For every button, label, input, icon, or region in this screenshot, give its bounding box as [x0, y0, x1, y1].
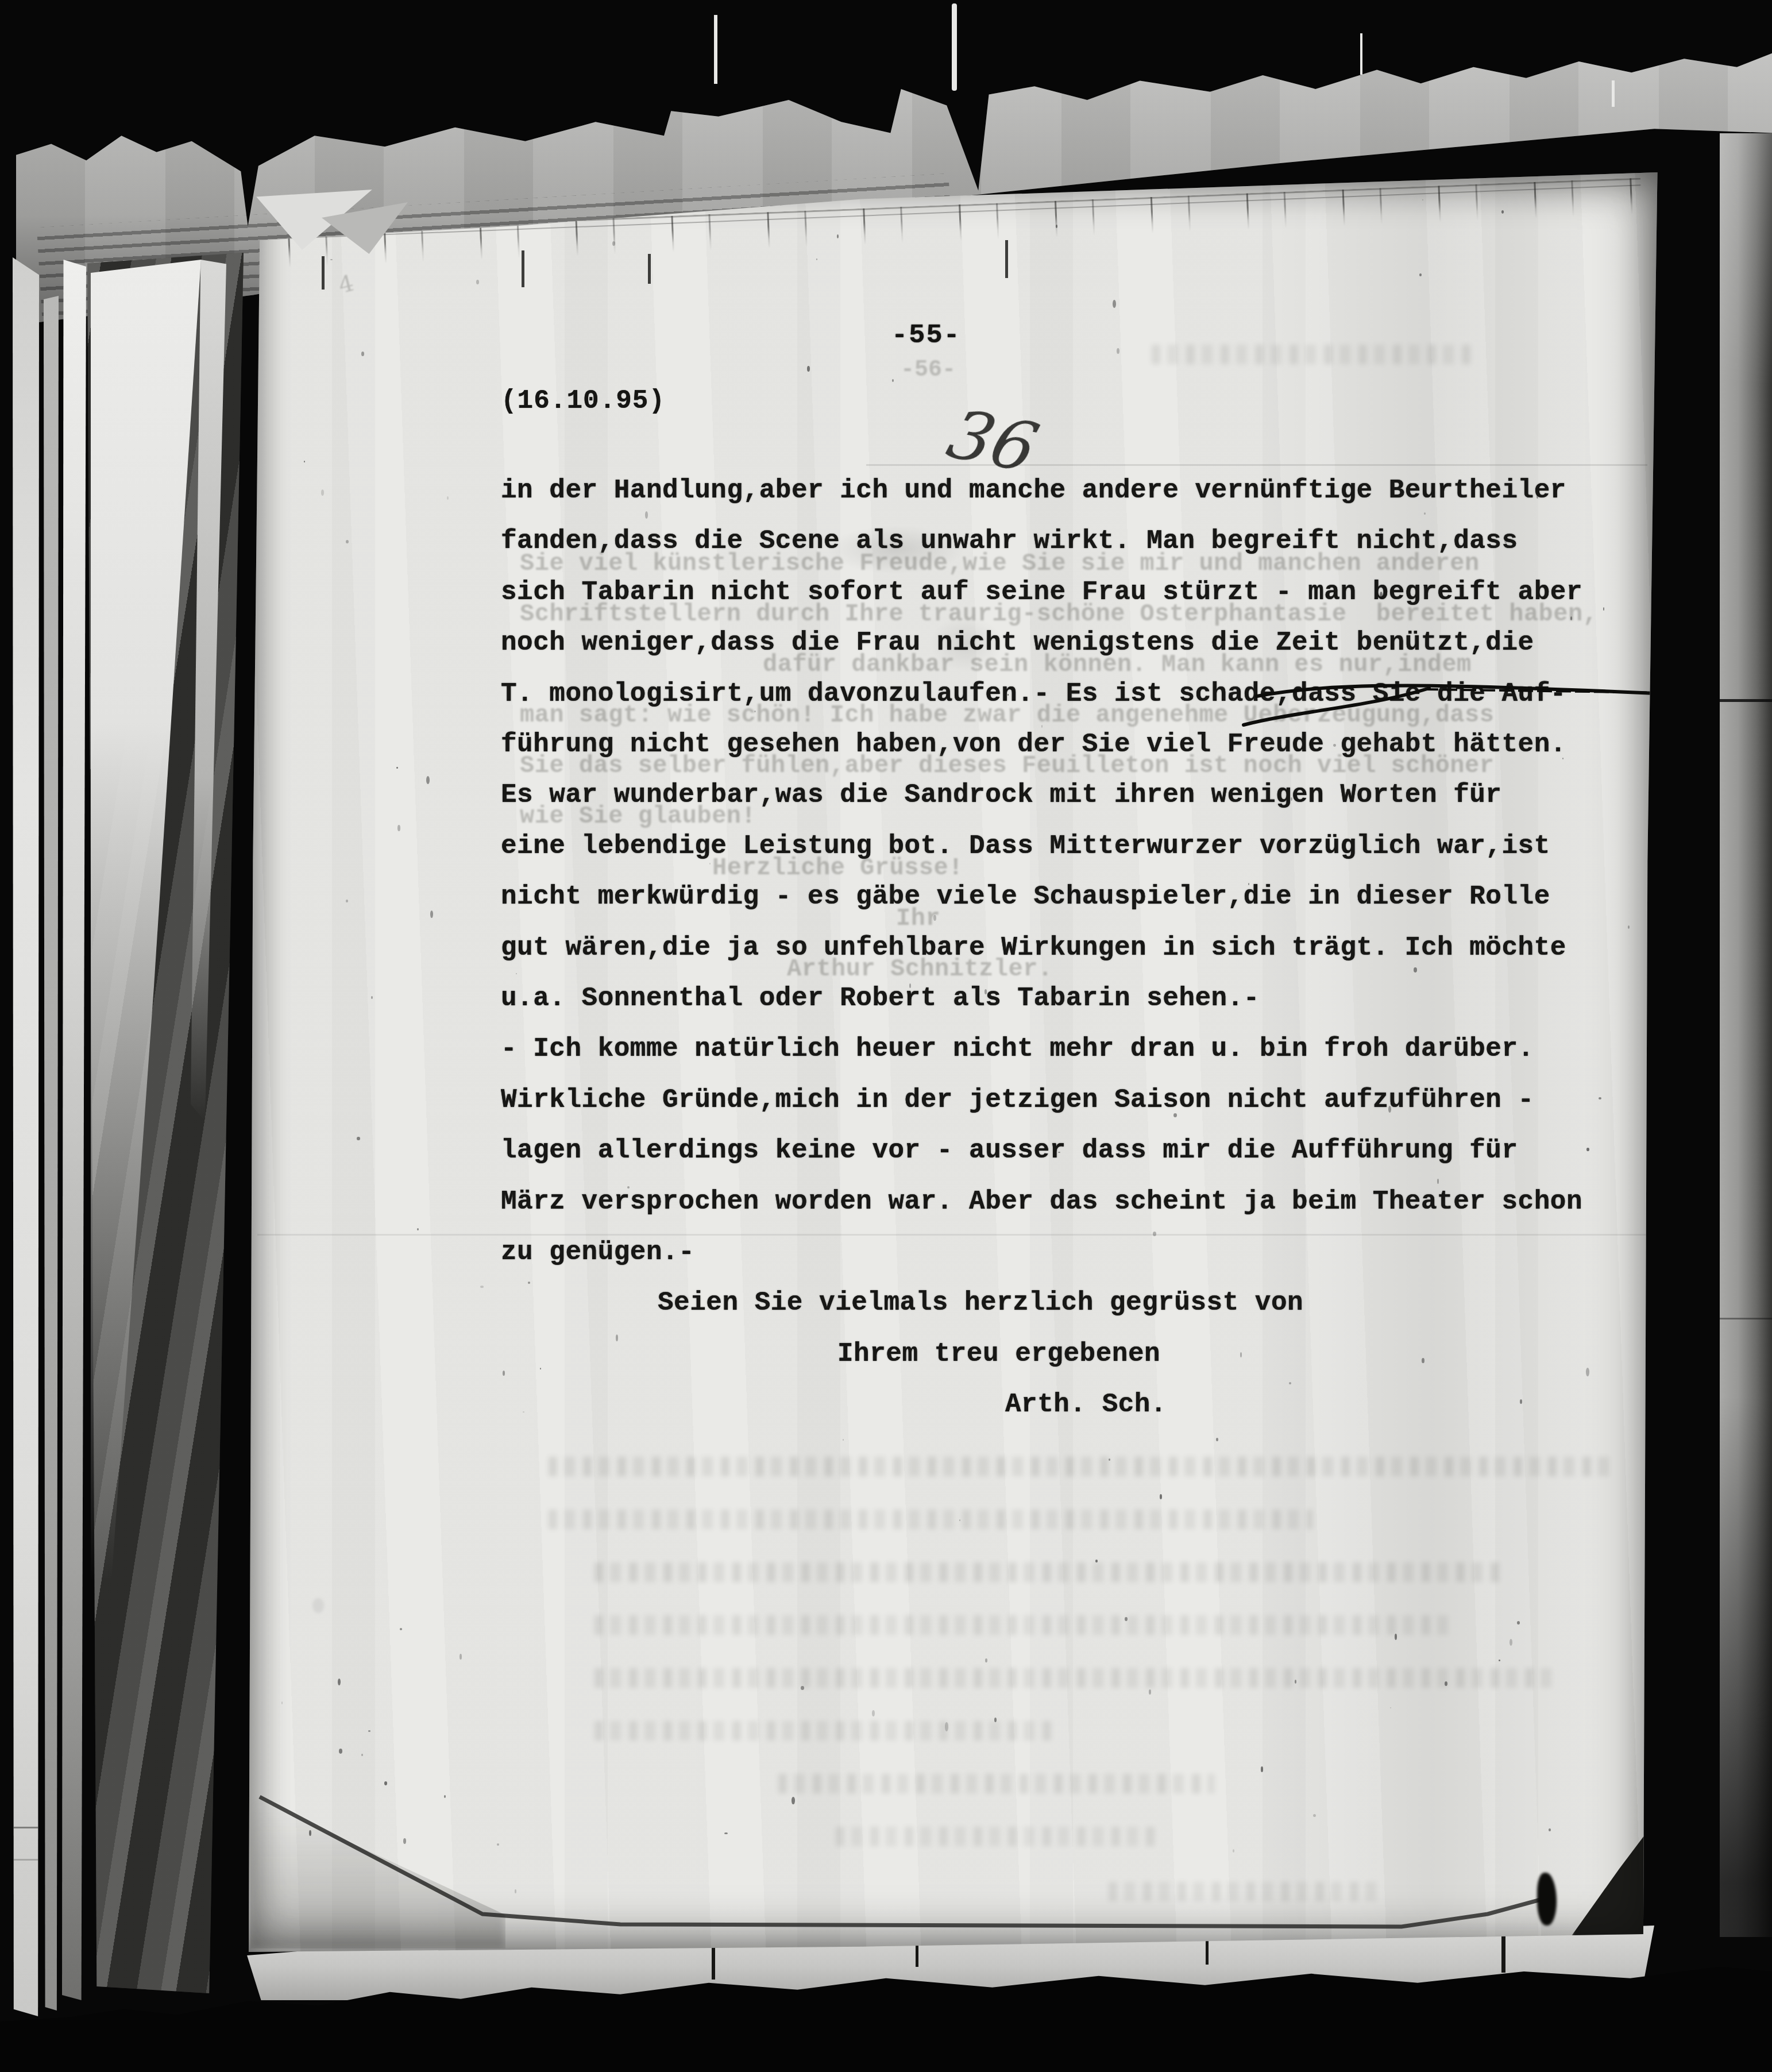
dust-speck	[985, 1658, 987, 1662]
dust-speck	[1536, 495, 1538, 499]
dust-speck	[1333, 744, 1336, 747]
dust-speck	[945, 1722, 948, 1731]
dust-speck	[1586, 1148, 1589, 1151]
dust-speck	[304, 461, 305, 462]
dust-speck	[516, 973, 517, 974]
edge-line	[13, 1827, 39, 1828]
dust-speck	[1233, 1849, 1234, 1853]
crease-line	[1720, 1318, 1772, 1319]
dust-speck	[1109, 1458, 1110, 1461]
dust-speck	[1424, 512, 1426, 515]
typed-line: eine lebendige Leistung bot. Dass Mitter…	[501, 831, 1550, 861]
dust-speck	[371, 996, 373, 999]
dust-speck	[281, 1701, 283, 1704]
dust-speck	[460, 1654, 462, 1660]
dust-speck	[430, 910, 433, 918]
illegible-ghost-smudge	[594, 1721, 1054, 1741]
dust-speck	[724, 1832, 728, 1834]
letter-page: -55- -56- (16.10.95) 36 4 in der Handlun…	[246, 172, 1659, 1952]
dust-speck	[1586, 1368, 1589, 1376]
ghost-line: Arthur Schnitzler.	[787, 955, 1053, 983]
illegible-ghost-smudge	[549, 1457, 1611, 1476]
microfilm-scan: -55- -56- (16.10.95) 36 4 in der Handlun…	[0, 0, 1772, 2072]
edge-tick	[648, 254, 651, 284]
typed-line: zu genügen.-	[501, 1237, 694, 1267]
dust-speck	[523, 1411, 524, 1413]
dust-speck	[396, 767, 398, 769]
dust-speck	[1388, 1106, 1391, 1113]
dust-speck	[1422, 1358, 1424, 1363]
left-page-edge-strip	[62, 260, 86, 2000]
dust-speck	[1380, 592, 1383, 599]
left-page-edge-strip	[13, 257, 39, 2016]
dust-speck	[361, 352, 364, 356]
dust-speck	[1510, 1639, 1512, 1646]
typed-line: Seien Sie vielmals herzlich gegrüsst von	[658, 1288, 1303, 1318]
typed-line: März versprochen worden war. Aber das sc…	[501, 1187, 1582, 1217]
page-separation-mark	[1501, 1930, 1505, 1973]
illegible-ghost-smudge	[549, 1510, 1312, 1529]
dust-speck	[384, 1781, 387, 1785]
ghost-line: man sagt: wie schön! Ich habe zwar die a…	[520, 701, 1494, 729]
dust-speck	[792, 1797, 795, 1804]
ghost-line: dafür dankbar sein können. Man kann es n…	[763, 651, 1472, 678]
typed-line: nicht merkwürdig - es gäbe viele Schausp…	[501, 882, 1550, 912]
dust-speck	[1414, 967, 1417, 973]
dust-speck	[1007, 694, 1009, 696]
dust-speck	[444, 1795, 446, 1798]
dust-speck	[346, 900, 348, 902]
typed-line: Wirkliche Gründe,mich in der jetzigen Sa…	[501, 1085, 1534, 1115]
ghost-line: wie Sie glauben!	[520, 802, 756, 830]
dust-speck	[321, 489, 324, 496]
dust-speck	[480, 1286, 484, 1288]
dust-speck	[807, 366, 810, 372]
dust-speck	[933, 915, 936, 921]
illegible-ghost-smudge	[594, 1615, 1456, 1635]
dust-speck	[497, 1843, 499, 1846]
typed-line: u.a. Sonnenthal oder Robert als Tabarin …	[501, 983, 1260, 1013]
fold-blob	[1537, 1873, 1557, 1926]
dust-speck	[357, 1137, 360, 1140]
ghost-page-number: -56-	[901, 357, 956, 383]
edge-tick	[322, 256, 325, 290]
date-annotation: (16.10.95)	[501, 386, 665, 416]
dust-speck	[346, 540, 349, 543]
crease-hairline	[257, 1234, 1647, 1236]
dust-speck	[1153, 1232, 1156, 1236]
dust-speck	[1437, 1179, 1439, 1184]
pencil-mark: 4	[336, 270, 357, 299]
dust-speck	[403, 1838, 406, 1844]
film-scratch	[1612, 80, 1615, 107]
dust-speck	[816, 258, 817, 260]
dust-speck	[1216, 1438, 1218, 1441]
dust-speck	[330, 259, 333, 260]
folio-number-handwritten: 36	[939, 394, 1047, 487]
dust-speck	[426, 776, 430, 784]
dust-speck	[1240, 1352, 1242, 1357]
dust-speck	[1390, 1707, 1391, 1708]
dust-speck	[1517, 1621, 1520, 1625]
dust-speck	[397, 825, 400, 831]
film-scratch	[1360, 33, 1362, 75]
illegible-ghost-smudge	[836, 1827, 1157, 1846]
edge-tick	[1005, 240, 1008, 278]
dust-speck	[540, 1368, 541, 1369]
dust-speck	[645, 511, 648, 519]
ghost-line: Schriftstellern durch Ihre traurig-schön…	[520, 600, 1597, 628]
dust-speck	[1395, 1634, 1397, 1640]
dust-speck	[1113, 300, 1116, 308]
illegible-ghost-smudge	[1152, 345, 1473, 364]
dust-speck	[338, 1679, 341, 1685]
dust-speck	[476, 280, 479, 284]
dust-speck	[1549, 1828, 1551, 1831]
dust-speck	[447, 496, 449, 500]
dust-speck	[709, 863, 711, 865]
scan-hairline	[866, 464, 1647, 466]
dust-speck	[1504, 537, 1507, 543]
edge-line	[13, 1859, 39, 1861]
film-spot	[312, 1598, 324, 1613]
dust-speck	[368, 1730, 370, 1732]
ghost-line: Sie viel künstlerische Freude,wie Sie si…	[520, 550, 1480, 577]
film-scratch	[714, 15, 717, 84]
dust-speck	[959, 1519, 960, 1521]
dust-speck	[1599, 1097, 1601, 1099]
illegible-ghost-smudge	[594, 1668, 1559, 1688]
dust-speck	[1229, 692, 1231, 695]
dust-speck	[1261, 1766, 1263, 1772]
dust-speck	[1291, 797, 1292, 801]
dust-speck	[1499, 1660, 1500, 1661]
dust-speck	[1095, 1560, 1098, 1562]
dust-speck	[528, 1282, 530, 1284]
dust-speck	[843, 1439, 844, 1441]
dust-speck	[515, 1889, 516, 1893]
typed-line: in der Handlung,aber ich und manche ande…	[501, 476, 1566, 506]
illegible-ghost-smudge	[778, 1774, 1215, 1793]
dust-speck	[801, 1686, 804, 1690]
typed-line: - Ich komme natürlich heuer nicht mehr d…	[501, 1034, 1534, 1064]
adjacent-page-edge	[1720, 133, 1772, 1937]
dust-speck	[361, 1754, 363, 1756]
typed-line: Arth. Sch.	[1005, 1390, 1167, 1419]
film-scratch	[952, 3, 957, 91]
ghost-line: Herzliche Grüsse!	[712, 854, 963, 882]
dust-speck	[1419, 273, 1422, 276]
dust-speck	[1289, 1382, 1291, 1384]
dust-speck	[1313, 1814, 1316, 1817]
dust-speck	[892, 379, 894, 382]
left-page-edge-strip	[44, 296, 59, 2011]
dust-speck	[1125, 1617, 1128, 1621]
dust-speck	[339, 1749, 342, 1754]
dust-speck	[309, 1830, 311, 1836]
dust-speck	[1603, 607, 1604, 611]
typed-line: lagen allerdings keine vor - ausser dass…	[501, 1136, 1518, 1166]
dust-speck	[400, 1628, 402, 1630]
dust-speck	[1173, 1113, 1177, 1117]
edge-tick	[522, 250, 524, 287]
dust-speck	[503, 1371, 505, 1376]
illegible-ghost-smudge	[594, 1562, 1502, 1582]
dust-speck	[1628, 925, 1630, 929]
ghost-line: Sie das selber fühlen,aber dieses Feuill…	[520, 752, 1494, 780]
ink-line-continuation	[1720, 699, 1772, 702]
dust-speck	[417, 1228, 419, 1230]
dust-speck	[1117, 348, 1119, 354]
dust-speck	[1056, 225, 1057, 228]
typed-line: Ihrem treu ergebenen	[837, 1339, 1160, 1369]
dust-speck	[1160, 1494, 1162, 1499]
dust-speck	[1149, 1689, 1151, 1695]
page-number: -55-	[891, 321, 961, 351]
dust-speck	[1520, 1399, 1522, 1404]
dust-speck	[872, 1710, 875, 1716]
dust-speck	[754, 711, 756, 712]
bottom-crease-shadow	[250, 1796, 505, 1948]
dust-speck	[616, 1334, 618, 1341]
illegible-ghost-smudge	[1109, 1882, 1384, 1901]
